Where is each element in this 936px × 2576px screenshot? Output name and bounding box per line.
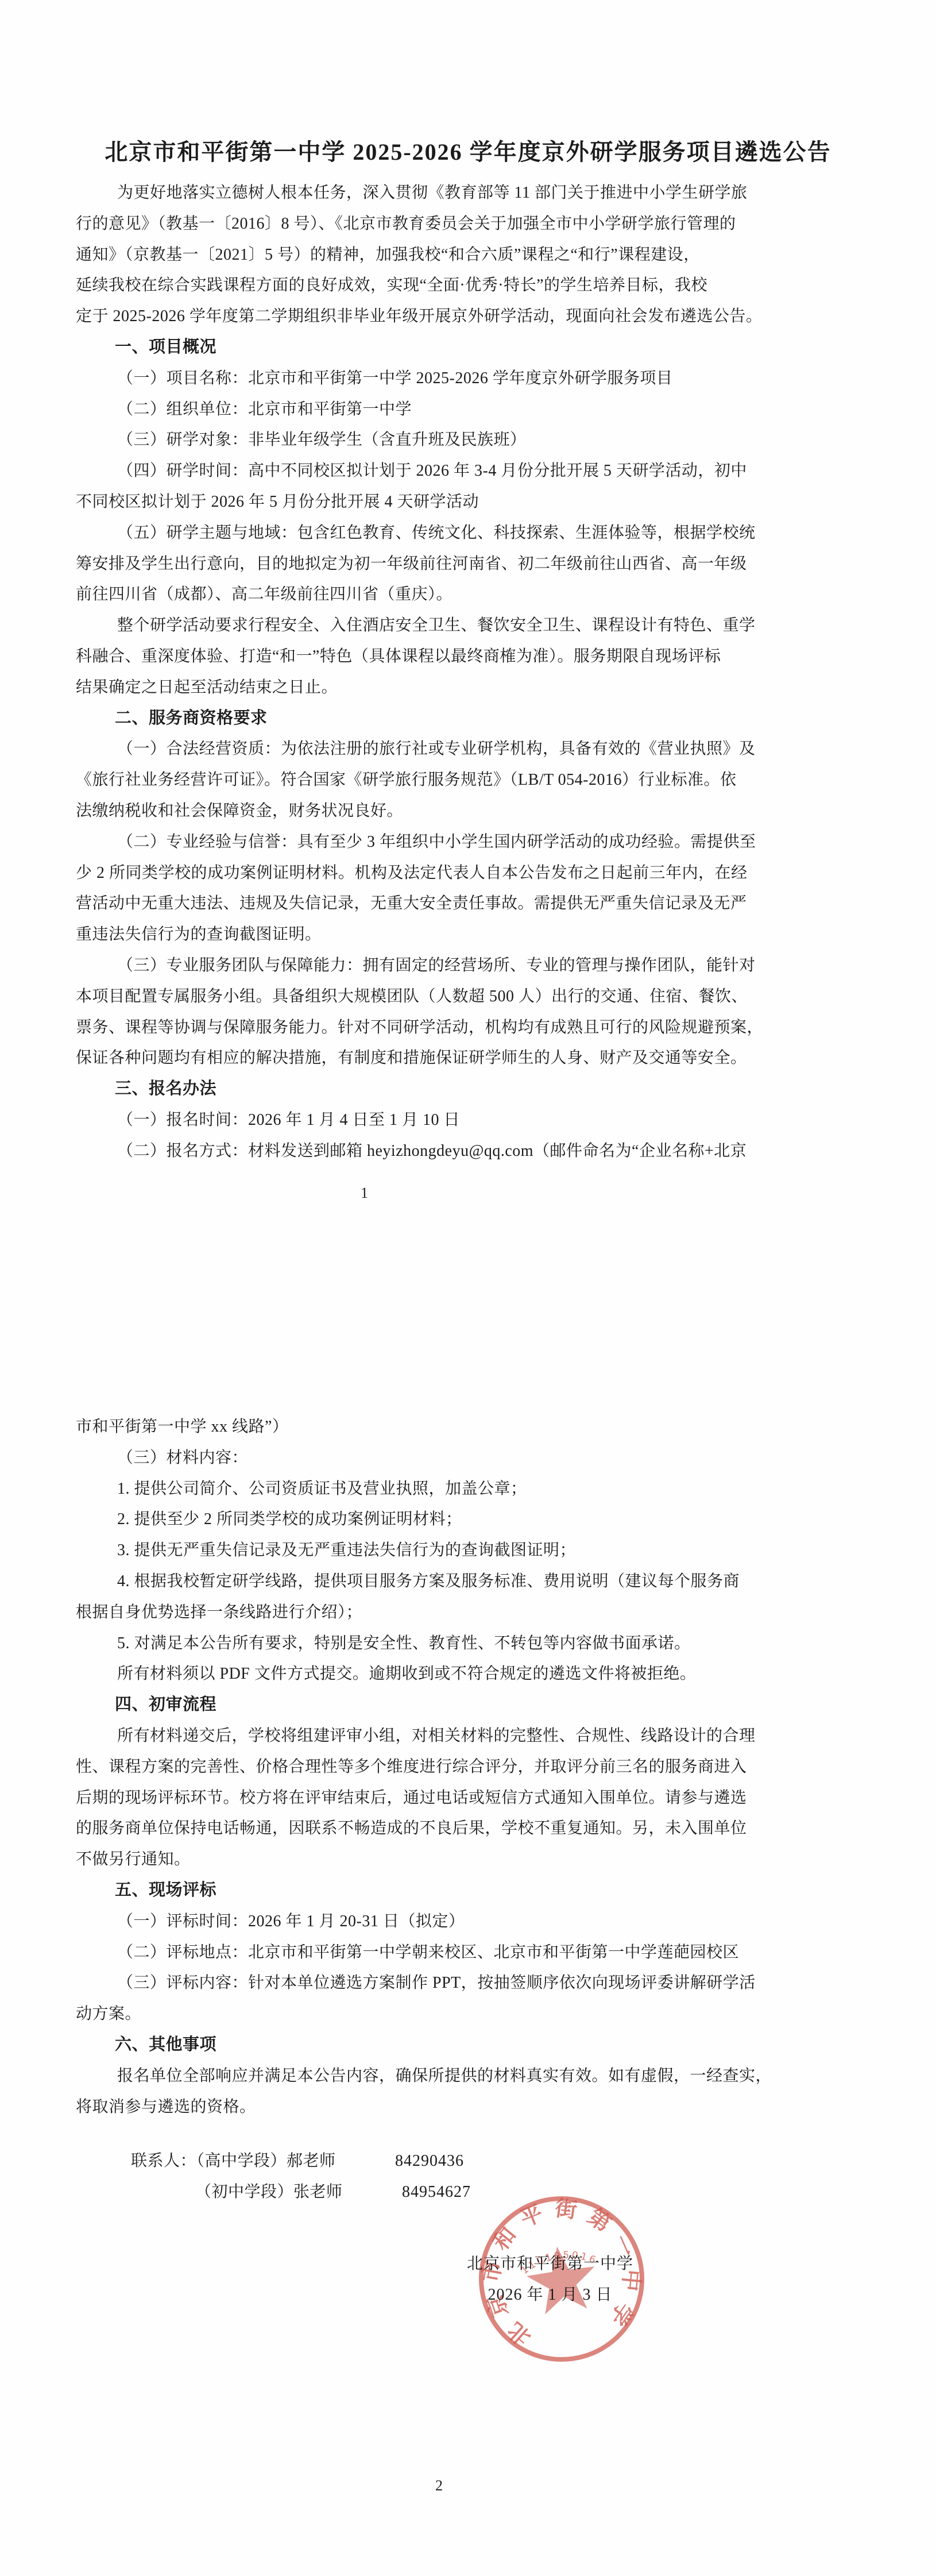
page-2-body-text: 市和平街第一中学 xx 线路”）（三）材料内容：1. 提供公司简介、公司资质证书…	[76, 1412, 890, 2122]
text-line: 根据自身优势选择一条线路进行介绍）；	[76, 1597, 890, 1628]
text-line: 前往四川省（成都）、高二年级前往四川省（重庆）。	[76, 579, 890, 610]
text-line: （二）专业经验与信誉：具有至少 3 年组织中小学生国内研学活动的成功经验。需提供…	[76, 827, 890, 858]
contact-label-2: （初中学段）张老师	[195, 2183, 343, 2201]
text-line: 保证各种问题均有相应的解决措施，有制度和措施保证研学师生的人身、财产及交通等安全…	[76, 1043, 890, 1074]
text-line: 的服务商单位保持电话畅通，因联系不畅造成的不良后果，学校不重复通知。另，未入围单…	[76, 1813, 890, 1844]
signature-date: 2026 年 1 月 3 日	[430, 2280, 671, 2311]
text-line: 营活动中无重大违法、违规及失信记录，无重大安全责任事故。需提供无严重失信记录及无…	[76, 888, 890, 919]
text-line: 票务、课程等协调与保障服务能力。针对不同研学活动，机构均有成熟且可行的风险规避预…	[76, 1012, 890, 1043]
text-line: （三）研学对象：非毕业年级学生（含直升班及民族班）	[76, 425, 890, 456]
text-line: （三）材料内容：	[76, 1443, 890, 1474]
text-line: 不同校区拟计划于 2026 年 5 月份分批开展 4 天研学活动	[76, 487, 890, 518]
text-line: 三、报名办法	[76, 1074, 890, 1105]
text-line: 4. 根据我校暂定研学线路，提供项目服务方案及服务标准、费用说明（建议每个服务商	[76, 1566, 890, 1597]
text-line: 后期的现场评标环节。校方将在评审结束后，通过电话或短信方式通知入围单位。请参与遴…	[76, 1783, 890, 1814]
text-line: 性、课程方案的完善性、价格合理性等多个维度进行综合评分，并取评分前三名的服务商进…	[76, 1752, 890, 1783]
page-1-body-text: 为更好地落实立德树人根本任务，深入贯彻《教育部等 11 部门关于推进中小学生研学…	[76, 178, 890, 1167]
text-line: （一）合法经营资质：为依法注册的旅行社或专业研学机构，具备有效的《营业执照》及	[76, 734, 890, 765]
text-line: 报名单位全部响应并满足本公告内容，确保所提供的材料真实有效。如有虚假，一经查实，	[76, 2061, 890, 2092]
text-line: （一）报名时间：2026 年 1 月 4 日至 1 月 10 日	[76, 1105, 890, 1136]
text-line: 二、服务商资格要求	[76, 703, 890, 734]
contact-phone-high-school: 84290436	[395, 2146, 464, 2177]
contact-block: 联系人：（高中学段）郝老师 84290436 （初中学段）张老师 8495462…	[131, 2146, 471, 2208]
text-line: 《旅行社业务经营许可证》。符合国家《研学旅行服务规范》（LB/T 054-201…	[76, 765, 890, 796]
text-line: 筹安排及学生出行意向，目的地拟定为初一年级前往河南省、初二年级前往山西省、高一年…	[76, 549, 890, 580]
text-line: （一）评标时间：2026 年 1 月 20-31 日（拟定）	[76, 1906, 890, 1937]
contact-line-middle-school: （初中学段）张老师 84954627	[195, 2177, 471, 2208]
text-line: （三）评标内容：针对本单位遴选方案制作 PPT，按抽签顺序依次向现场评委讲解研学…	[76, 1968, 890, 1999]
text-line: 本项目配置专属服务小组。具备组织大规模团队（人数超 500 人）出行的交通、住宿…	[76, 981, 890, 1012]
text-line: 行的意见》（教基一〔2016〕8 号）、《北京市教育委员会关于加强全市中小学研学…	[76, 209, 890, 240]
text-line: 不做另行通知。	[76, 1844, 890, 1875]
text-line: 六、其他事项	[76, 2030, 890, 2061]
announcement-document: 北京市和平街第一中学 2025-2026 学年度京外研学服务项目遴选公告 为更好…	[0, 0, 936, 2576]
text-line: 5. 对满足本公告所有要求，特别是安全性、教育性、不转包等内容做书面承诺。	[76, 1628, 890, 1659]
text-line: （二）评标地点：北京市和平街第一中学朝来校区、北京市和平街第一中学莲葩园校区	[76, 1937, 890, 1968]
text-line: 将取消参与遴选的资格。	[76, 2092, 890, 2123]
text-line: （二）组织单位：北京市和平街第一中学	[76, 394, 890, 425]
text-line: 结果确定之日起至活动结束之日止。	[76, 672, 890, 703]
text-line: 通知》（京教基一〔2021〕5 号）的精神，加强我校“和合六质”课程之“和行”课…	[76, 240, 890, 271]
document-title: 北京市和平街第一中学 2025-2026 学年度京外研学服务项目遴选公告	[34, 134, 902, 167]
text-line: 五、现场评标	[76, 1875, 890, 1906]
signature-block: 北京市和平街第一中学 2026 年 1 月 3 日	[430, 2249, 671, 2311]
contact-label: 联系人：（高中学段）郝老师	[131, 2152, 336, 2170]
text-line: 动方案。	[76, 1999, 890, 2030]
text-line: （三）专业服务团队与保障能力：拥有固定的经营场所、专业的管理与操作团队，能针对	[76, 950, 890, 981]
text-line: 整个研学活动要求行程安全、入住酒店安全卫生、餐饮安全卫生、课程设计有特色、重学	[76, 610, 890, 641]
text-line: 四、初审流程	[76, 1690, 890, 1721]
text-line: 3. 提供无严重失信记录及无严重违法失信行为的查询截图证明；	[76, 1535, 890, 1566]
text-line: 所有材料须以 PDF 文件方式提交。逾期收到或不符合规定的遴选文件将被拒绝。	[76, 1659, 890, 1690]
contact-line-high-school: 联系人：（高中学段）郝老师 84290436	[131, 2146, 471, 2177]
text-line: （一）项目名称：北京市和平街第一中学 2025-2026 学年度京外研学服务项目	[76, 363, 890, 394]
text-line: 延续我校在综合实践课程方面的良好成效，实现“全面·优秀·特长”的学生培养目标，我…	[76, 270, 890, 301]
page-number-2: 2	[435, 2477, 443, 2494]
text-line: （二）报名方式：材料发送到邮箱 heyizhongdeyu@qq.com（邮件命…	[76, 1136, 890, 1167]
signature-org: 北京市和平街第一中学	[430, 2249, 671, 2280]
text-line: 法缴纳税收和社会保障资金，财务状况良好。	[76, 796, 890, 827]
text-line: 定于 2025-2026 学年度第二学期组织非毕业年级开展京外研学活动，现面向社…	[76, 301, 890, 332]
text-line: 一、项目概况	[76, 332, 890, 363]
text-line: 2. 提供至少 2 所同类学校的成功案例证明材料；	[76, 1504, 890, 1535]
text-line: 重违法失信行为的查询截图证明。	[76, 919, 890, 950]
text-line: （五）研学主题与地域：包含红色教育、传统文化、科技探索、生涯体验等，根据学校统	[76, 518, 890, 549]
text-line: 1. 提供公司简介、公司资质证书及营业执照，加盖公章；	[76, 1474, 890, 1505]
text-line: 市和平街第一中学 xx 线路”）	[76, 1412, 890, 1443]
page-2: 市和平街第一中学 xx 线路”）（三）材料内容：1. 提供公司简介、公司资质证书…	[0, 1288, 936, 2576]
text-line: 少 2 所同类学校的成功案例证明材料。机构及法定代表人自本公告发布之日起前三年内…	[76, 858, 890, 889]
text-line: 所有材料递交后，学校将组建评审小组，对相关材料的完整性、合规性、线路设计的合理	[76, 1721, 890, 1752]
text-line: 科融合、重深度体验、打造“和一”特色（具体课程以最终商榷为准）。服务期限自现场评…	[76, 641, 890, 672]
text-line: （四）研学时间：高中不同校区拟计划于 2026 年 3-4 月份分批开展 5 天…	[76, 456, 890, 487]
page-number-1: 1	[361, 1185, 368, 1202]
page-1: 北京市和平街第一中学 2025-2026 学年度京外研学服务项目遴选公告 为更好…	[0, 0, 936, 1288]
text-line: 为更好地落实立德树人根本任务，深入贯彻《教育部等 11 部门关于推进中小学生研学…	[76, 178, 890, 209]
